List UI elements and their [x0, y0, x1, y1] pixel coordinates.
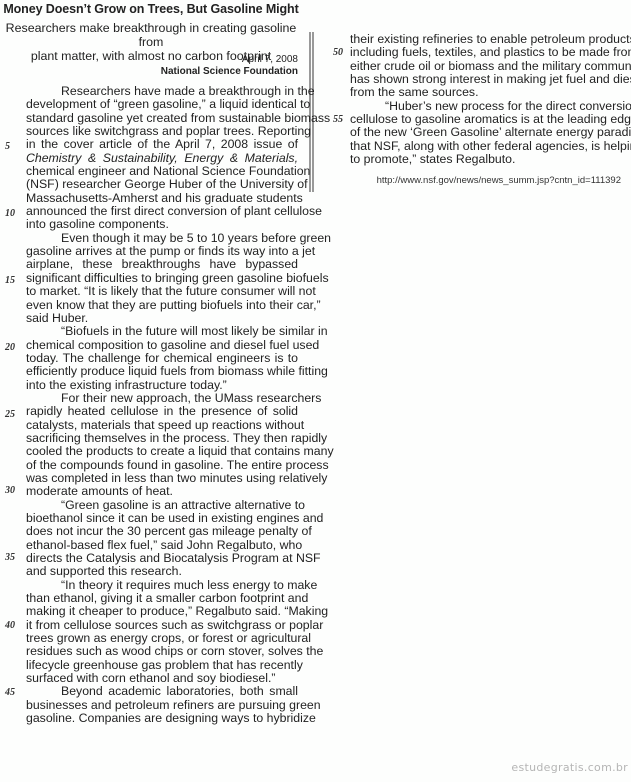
- text-line: lifecycle greenhouse gas problem that ha…: [26, 659, 298, 672]
- text-line: significant difficulties to bringing gre…: [26, 272, 298, 285]
- subtitle-line-1: Researchers make breakthrough in creatin…: [0, 21, 302, 49]
- text-line: Chemistry & Sustainability, Energy & Mat…: [26, 152, 298, 165]
- text-line: Researchers have made a breakthrough in …: [26, 85, 298, 98]
- text-line: cooled the products to create a liquid t…: [26, 445, 298, 458]
- text-line: than ethanol, giving it a smaller carbon…: [26, 592, 298, 605]
- line-number: 35: [5, 552, 15, 563]
- article-source: National Science Foundation: [161, 66, 298, 77]
- text-line: making it cheaper to produce,” Regalbuto…: [26, 605, 298, 618]
- text-line: to market. “It is likely that the future…: [26, 285, 298, 298]
- line-number: 5: [5, 141, 10, 152]
- text-line: today. The challenge for chemical engine…: [26, 352, 298, 365]
- article-column-1: Researchers have made a breakthrough in …: [26, 85, 298, 726]
- text-line: to promote,” states Regalbuto.: [350, 153, 622, 166]
- journal-name: Chemistry & Sustainability, Energy & Mat…: [26, 151, 298, 165]
- text-line: sources like switchgrass and poplar tree…: [26, 125, 298, 138]
- text-line: standard gasoline yet created from susta…: [26, 112, 298, 125]
- text-line: rapidly heated cellulose in the presence…: [26, 405, 298, 418]
- text-line: surfaced with corn ethanol and soy biodi…: [26, 672, 298, 685]
- text-line: chemical composition to gasoline and die…: [26, 339, 298, 352]
- text-line: including fuels, textiles, and plastics …: [350, 46, 622, 59]
- text-line: into the existing infrastructure today.”: [26, 379, 298, 392]
- text-line: Massachusetts-Amherst and his graduate s…: [26, 192, 298, 205]
- text-line: moderate amounts of heat.: [26, 485, 298, 498]
- source-url: http://www.nsf.gov/news/news_summ.jsp?cn…: [377, 175, 621, 186]
- text-line: even know that they are putting biofuels…: [26, 299, 298, 312]
- text-line: cellulose to gasoline aromatics is at th…: [350, 113, 622, 126]
- text-line: residues such as wood chips or corn stov…: [26, 645, 298, 658]
- line-number: 20: [5, 342, 15, 353]
- text-line: their existing refineries to enable petr…: [350, 33, 622, 46]
- line-number: 50: [333, 47, 343, 58]
- line-number: 40: [5, 620, 15, 631]
- text-line: For their new approach, the UMass resear…: [26, 392, 298, 405]
- text-line: announced the first direct conversion of…: [26, 205, 298, 218]
- text-line: sacrificing themselves in the process. T…: [26, 432, 298, 445]
- text-line: Beyond academic laboratories, both small: [26, 685, 298, 698]
- line-number: 10: [5, 208, 15, 219]
- line-number: 55: [333, 114, 343, 125]
- line-number: 45: [5, 687, 15, 698]
- text-line: chemical engineer and National Science F…: [26, 165, 298, 178]
- text-line: (NSF) researcher George Huber of the Uni…: [26, 178, 298, 191]
- watermark: estudegratis.com.br: [511, 761, 628, 774]
- text-line: “Huber’s new process for the direct conv…: [350, 100, 622, 113]
- text-line: trees grown as energy crops, or forest o…: [26, 632, 298, 645]
- text-line: gasoline. Companies are designing ways t…: [26, 712, 298, 725]
- text-line: gasoline arrives at the pump or finds it…: [26, 245, 298, 258]
- text-line: Even though it may be 5 to 10 years befo…: [26, 232, 298, 245]
- line-number: 25: [5, 409, 15, 420]
- article-date: April 7, 2008: [242, 54, 298, 65]
- text-line: was completed in less than two minutes u…: [26, 472, 298, 485]
- text-line: airplane, these breakthroughs have bypas…: [26, 258, 298, 271]
- text-line: in the cover article of the April 7, 200…: [26, 138, 298, 151]
- text-line: of the new ‘Green Gasoline’ alternate en…: [350, 126, 622, 139]
- text-line: bioethanol since it can be used in exist…: [26, 512, 298, 525]
- text-line: “In theory it requires much less energy …: [26, 579, 298, 592]
- text-line: that NSF, along with other federal agenc…: [350, 140, 622, 153]
- text-line: catalysts, materials that speed up react…: [26, 419, 298, 432]
- text-line: does not incur the 30 percent gas mileag…: [26, 525, 298, 538]
- text-line: “Biofuels in the future will most likely…: [26, 325, 298, 338]
- text-line: from the same sources.: [350, 86, 622, 99]
- line-number: 30: [5, 485, 15, 496]
- text-line: said Huber.: [26, 312, 298, 325]
- article-column-2: their existing refineries to enable petr…: [350, 33, 622, 166]
- line-number: 15: [5, 275, 15, 286]
- text-line: ethanol-based flex fuel,” said John Rega…: [26, 539, 298, 552]
- text-line: and supported this research.: [26, 565, 298, 578]
- text-line: either crude oil or biomass and the mili…: [350, 60, 622, 73]
- text-line: it from cellulose sources such as switch…: [26, 619, 298, 632]
- text-line: of the compounds found in gasoline. The …: [26, 459, 298, 472]
- text-line: efficiently produce liquid fuels from bi…: [26, 365, 298, 378]
- text-line: into gasoline components.: [26, 218, 298, 231]
- text-line: development of “green gasoline,” a liqui…: [26, 98, 298, 111]
- text-line: directs the Catalysis and Biocatalysis P…: [26, 552, 298, 565]
- text-line: has shown strong interest in making jet …: [350, 73, 622, 86]
- text-line: businesses and petroleum refiners are pu…: [26, 699, 298, 712]
- article-title: Money Doesn’t Grow on Trees, But Gasolin…: [0, 2, 302, 16]
- text-line: “Green gasoline is an attractive alterna…: [26, 499, 298, 512]
